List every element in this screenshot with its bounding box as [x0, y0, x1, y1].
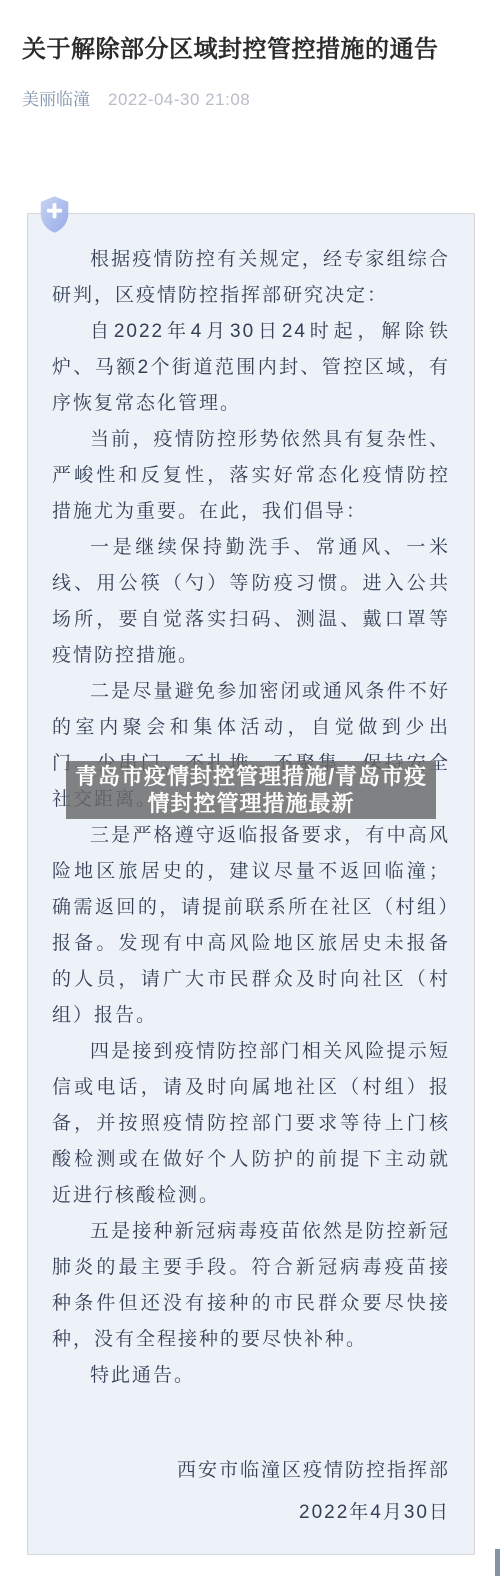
notice-paragraph: 自2022年4月30日24时起，解除铁炉、马额2个街道范围内封、管控区域，有序恢… [52, 314, 450, 422]
article-meta: 美丽临潼 2022-04-30 21:08 [22, 89, 478, 111]
notice-paragraph: 当前，疫情防控形势依然具有复杂性、严峻性和反复性，落实好常态化疫情防控措施尤为重… [52, 422, 450, 530]
scrollbar-thumb[interactable] [495, 1549, 500, 1576]
notice-paragraph: 三是严格遵守返临报备要求，有中高风险地区旅居史的，建议尽量不返回临潼；确需返回的… [52, 818, 450, 1034]
article-header: 关于解除部分区域封控管控措施的通告 美丽临潼 2022-04-30 21:08 [0, 0, 500, 111]
notice-paragraph: 一是继续保持勤洗手、常通风、一米线、用公筷（勺）等防疫习惯。进入公共场所，要自觉… [52, 530, 450, 674]
notice-paragraph: 四是接到疫情防控部门相关风险提示短信或电话，请及时向属地社区（村组）报备，并按照… [52, 1034, 450, 1214]
article-title: 关于解除部分区域封控管控措施的通告 [22, 30, 478, 69]
author-link[interactable]: 美丽临潼 [22, 89, 90, 111]
notice-paragraph: 根据疫情防控有关规定，经专家组综合研判，区疫情防控指挥部研究决定： [52, 242, 450, 314]
signature-issuer: 西安市临潼区疫情防控指挥部 [52, 1450, 450, 1492]
notice-card: 根据疫情防控有关规定，经专家组综合研判，区疫情防控指挥部研究决定：自2022年4… [27, 213, 475, 1555]
article-page: 关于解除部分区域封控管控措施的通告 美丽临潼 2022-04-30 21:08 [0, 0, 500, 111]
signature-block: 西安市临潼区疫情防控指挥部 2022年4月30日 [52, 1450, 450, 1534]
notice-paragraph: 特此通告。 [52, 1358, 450, 1394]
shield-plus-icon [38, 195, 71, 234]
publish-time: 2022-04-30 21:08 [108, 89, 250, 111]
notice-paragraph: 五是接种新冠病毒疫苗依然是防控新冠肺炎的最主要手段。符合新冠病毒疫苗接种条件但还… [52, 1214, 450, 1358]
watermark-overlay: 青岛市疫情封控管理措施/青岛市疫情封控管理措施最新 [66, 761, 436, 819]
signature-date: 2022年4月30日 [52, 1492, 450, 1534]
